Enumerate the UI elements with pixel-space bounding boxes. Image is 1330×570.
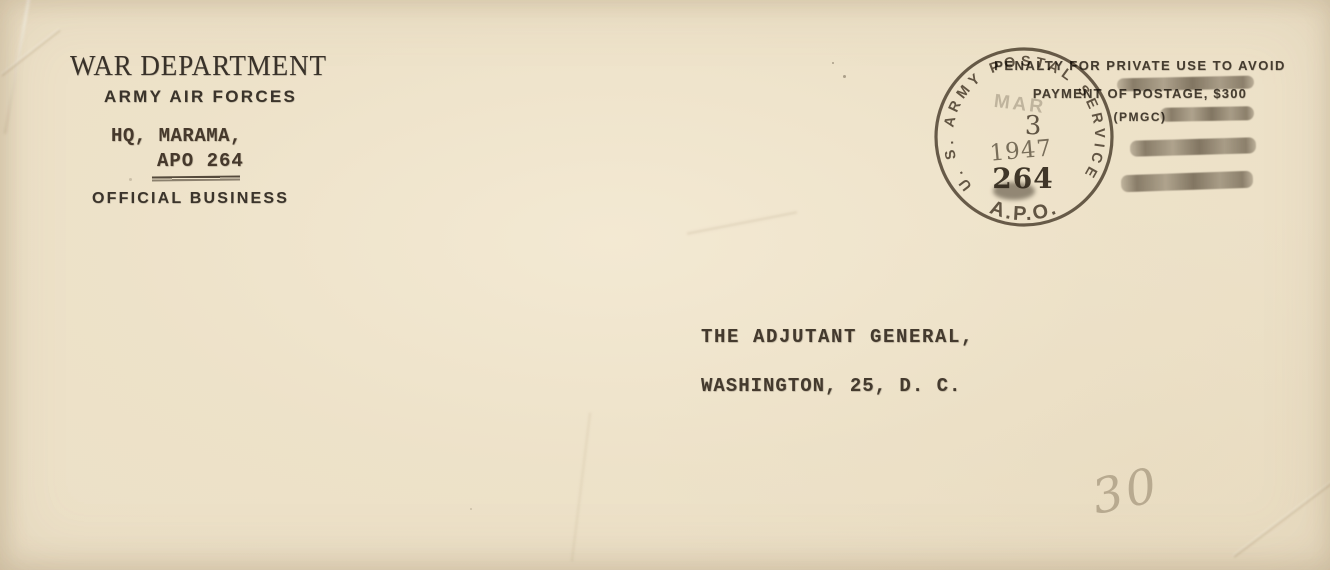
postmark-stamp: U. S. ARMY POSTAL SERVICE A.P.O. MAR 3 1… xyxy=(925,40,1125,240)
sender-unit: HQ, MARAMA, xyxy=(111,125,242,147)
crease-mark xyxy=(571,412,591,561)
paper-speck xyxy=(843,75,846,78)
recipient-address: THE ADJUTANT GENERAL, WASHINGTON, 25, D.… xyxy=(701,325,974,398)
address-line-2: WASHINGTON, 25, D. C. xyxy=(701,374,974,398)
paper-speck xyxy=(832,62,834,64)
address-line-1: THE ADJUTANT GENERAL, xyxy=(701,325,974,349)
crease-mark xyxy=(1,29,61,76)
postmark-ring-text-bottom: A.P.O. xyxy=(987,197,1061,226)
cancellation-bar xyxy=(1121,171,1254,193)
cancellation-bar xyxy=(1160,106,1254,122)
apo-underline xyxy=(152,176,240,182)
envelope-front: WAR DEPARTMENT ARMY AIR FORCES HQ, MARAM… xyxy=(0,0,1330,570)
sender-apo: APO 264 xyxy=(157,150,244,172)
sender-department: WAR DEPARTMENT xyxy=(70,50,327,83)
cancellation-bar xyxy=(1130,137,1256,157)
crease-mark xyxy=(687,211,797,234)
postmark-apo-number: 264 xyxy=(992,162,1053,195)
paper-speck xyxy=(129,178,132,181)
paper-speck xyxy=(470,508,472,510)
sender-branch: ARMY AIR FORCES xyxy=(104,87,297,107)
crease-mark xyxy=(1233,471,1330,558)
crease-mark xyxy=(3,0,31,134)
pencil-note: 30 xyxy=(1072,444,1212,544)
svg-text:A.P.O.: A.P.O. xyxy=(987,197,1061,226)
official-business-label: OFFICIAL BUSINESS xyxy=(92,190,289,208)
pencil-note-text: 30 xyxy=(1087,457,1164,526)
